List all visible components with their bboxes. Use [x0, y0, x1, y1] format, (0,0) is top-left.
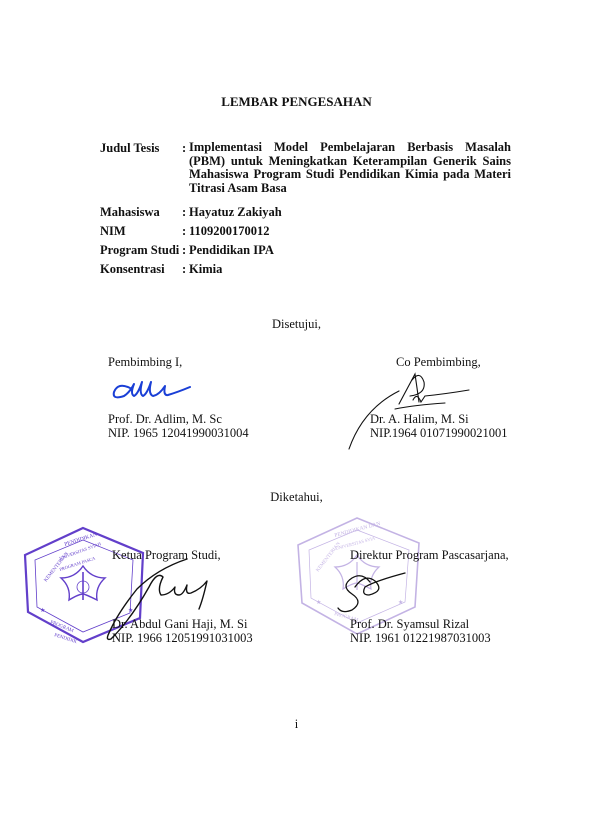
page-number: i	[0, 717, 593, 732]
official-name: Dr. Abdul Gani Haji, M. Si	[112, 617, 247, 632]
svg-text:★: ★	[398, 599, 403, 606]
signatures-and-stamps: KEMENTERIAN PENDIDIKAN UNIVERSITAS SYIAH…	[0, 0, 593, 819]
signature-adlim-icon	[114, 382, 190, 397]
svg-text:PROGRAM: PROGRAM	[49, 620, 74, 634]
svg-text:PENDIDIK: PENDIDIK	[53, 633, 77, 645]
official-role: Ketua Program Studi,	[112, 548, 221, 563]
official-role: Direktur Program Pascasarjana,	[350, 548, 509, 563]
svg-text:★: ★	[316, 599, 321, 606]
official-name: Prof. Dr. Syamsul Rizal	[350, 617, 469, 632]
signature-halim-icon	[349, 374, 469, 449]
signature-syamsul-rizal-icon	[338, 573, 405, 612]
official-nip: NIP. 1961 01221987031003	[350, 631, 491, 646]
official-nip: NIP. 1966 12051991031003	[112, 631, 253, 646]
svg-text:★: ★	[40, 607, 45, 614]
